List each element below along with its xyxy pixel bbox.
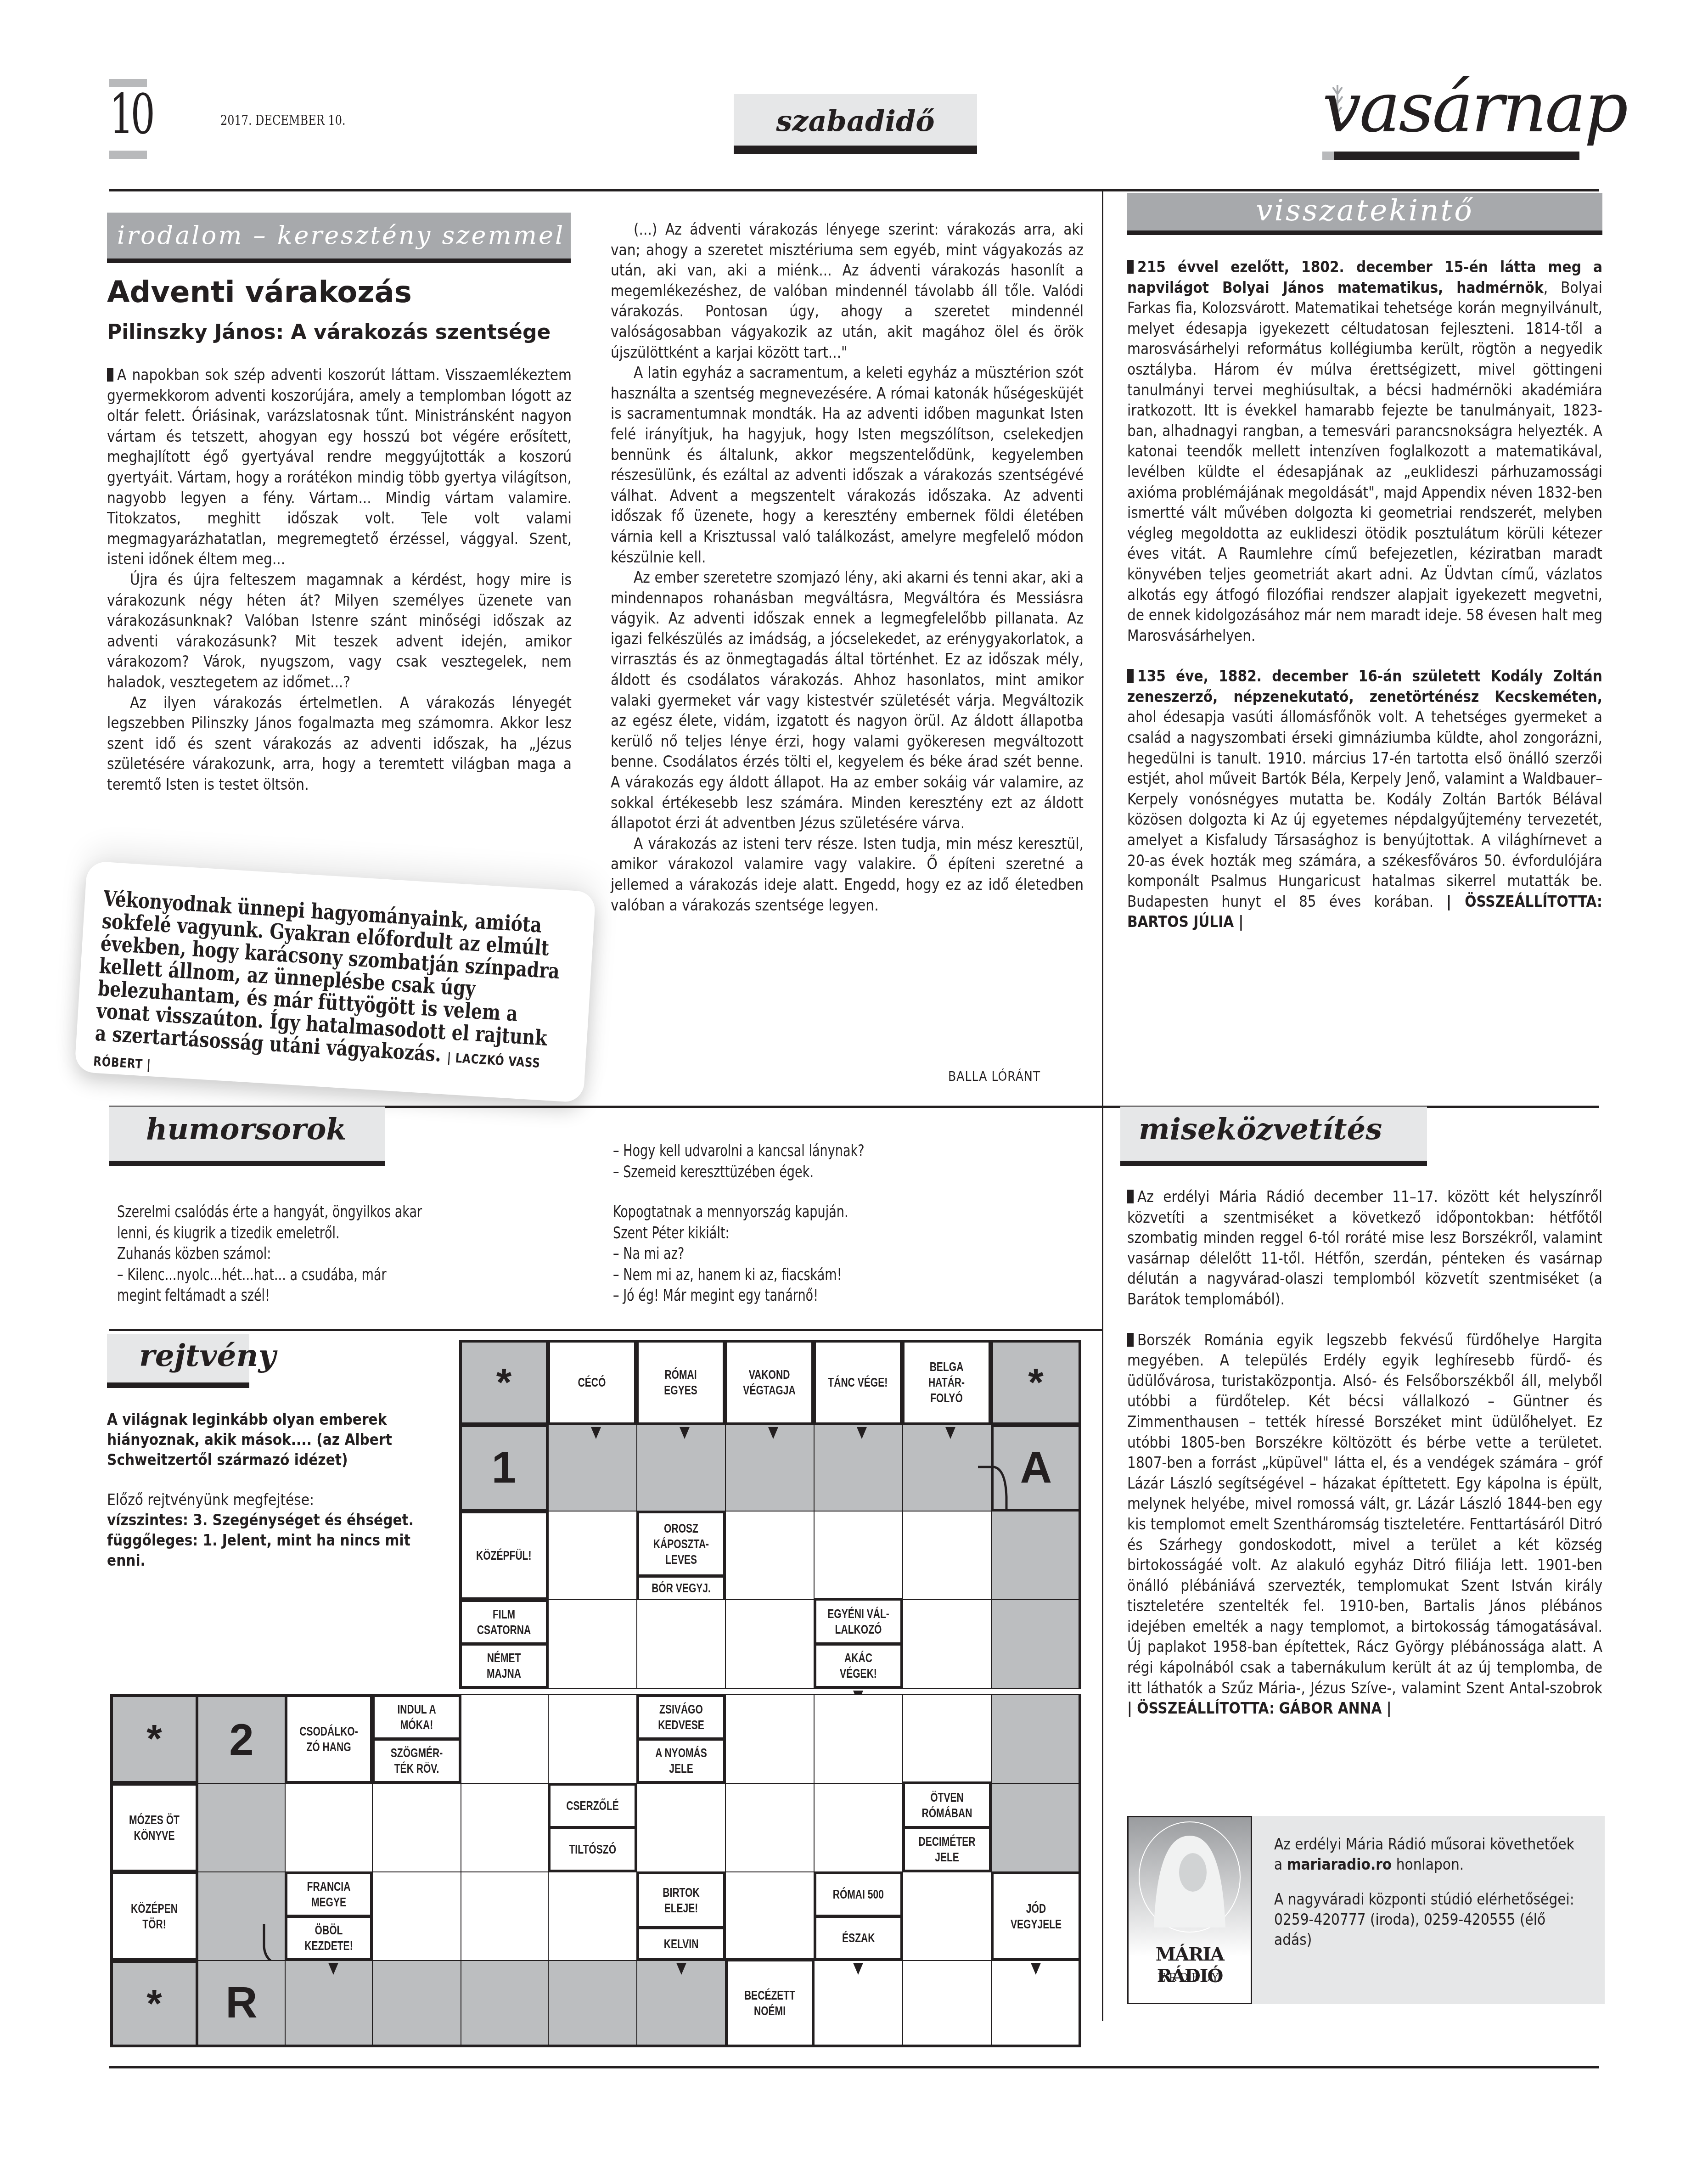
crossword-cell[interactable] bbox=[902, 1871, 992, 1961]
misekozvetites-header: miseközvetítés bbox=[1120, 1107, 1427, 1166]
mariaradio-link[interactable]: mariaradio.ro bbox=[1287, 1855, 1392, 1873]
crossword-cell[interactable] bbox=[902, 1960, 992, 2047]
column-divider bbox=[1102, 189, 1103, 2021]
paragraph-marker bbox=[1127, 1190, 1134, 1203]
crossword-cell[interactable] bbox=[548, 1511, 637, 1600]
kicker-header: irodalom – keresztény szemmel bbox=[107, 213, 571, 263]
paragraph-marker bbox=[1127, 1333, 1134, 1347]
visszatekinto-body: 215 évvel ezelőtt, 1802. december 15-én … bbox=[1127, 257, 1602, 933]
clue-kozepful: KÖZÉPFÜL! bbox=[459, 1511, 549, 1600]
clue-kelvin: KELVIN bbox=[636, 1927, 726, 1961]
clue-otven: ÖTVEN RÓMÁBAN bbox=[902, 1781, 992, 1829]
arrow-down-icon bbox=[857, 1427, 867, 1439]
clue-belga: BELGA HATÁR-FOLYÓ bbox=[902, 1340, 991, 1425]
crossword-cell-marker-1: 1 bbox=[459, 1424, 549, 1512]
rejtveny-header: rejtvény bbox=[107, 1334, 249, 1388]
crossword-cell[interactable] bbox=[461, 1694, 549, 1784]
crossword-cell[interactable] bbox=[548, 1694, 637, 1784]
article-author: BALLA LÓRÁNT bbox=[948, 1069, 1040, 1084]
crossword-cell[interactable] bbox=[372, 1871, 461, 1961]
paragraph-marker bbox=[1127, 669, 1134, 683]
crossword-cell[interactable] bbox=[991, 1511, 1081, 1600]
crossword-cell[interactable] bbox=[285, 1783, 373, 1872]
crossword-cell-star: * bbox=[990, 1340, 1081, 1425]
clue-csodalko: CSODÁLKO-ZÓ HANG bbox=[285, 1694, 373, 1784]
clue-romai-egyes: RÓMAI EGYES bbox=[636, 1340, 725, 1425]
crossword-cell[interactable] bbox=[548, 1871, 637, 1961]
clue-bor: BÓR VEGYJ. bbox=[636, 1575, 726, 1601]
clue-ceco: CÉCÓ bbox=[547, 1340, 637, 1425]
bottom-rule bbox=[109, 2066, 1599, 2068]
humorsorok-header: humorsorok bbox=[109, 1107, 385, 1166]
joke-1: Szerelmi csalódás érte a hangyát, öngyil… bbox=[117, 1202, 429, 1307]
crossword-cell[interactable] bbox=[548, 1599, 637, 1689]
crossword-cell[interactable] bbox=[902, 1599, 992, 1689]
maria-radio-logo: MÁRIA RÁDIÓ ERDÉLY bbox=[1127, 1816, 1252, 2004]
clue-jod: JÓD VEGYJELE bbox=[991, 1871, 1081, 1961]
article-title: Adventi várakozás bbox=[107, 275, 412, 309]
brand-underline bbox=[1322, 152, 1579, 160]
crossword-cell[interactable] bbox=[548, 1960, 637, 2047]
crossword-cell[interactable] bbox=[725, 1783, 815, 1872]
crossword-cell[interactable] bbox=[814, 1694, 903, 1784]
clue-nyomas: A NYOMÁS JELE bbox=[636, 1738, 726, 1784]
clue-szogmer: SZÖGMÉR-TÉK RÖV. bbox=[372, 1738, 461, 1784]
joke-2: – Hogy kell udvarolni a kancsal lánynak?… bbox=[613, 1141, 968, 1183]
pull-quote: Vékonyodnak ünnepi hagyományaink, amióta… bbox=[74, 861, 596, 1103]
clue-kozepen: KÖZÉPEN TÖR! bbox=[110, 1871, 198, 1961]
joke-3: Kopogtatnak a mennyország kapuján.Szent … bbox=[613, 1202, 968, 1307]
page-number-bar-bottom bbox=[109, 151, 147, 159]
puzzle-prompt: A világnak leginkább olyan emberek hiány… bbox=[107, 1410, 438, 1470]
clue-orosz: OROSZ KÁPOSZTA-LEVES bbox=[636, 1511, 726, 1577]
pull-quote-text: Vékonyodnak ünnepi hagyományaink, amióta… bbox=[95, 886, 561, 1066]
clue-nemet: NÉMET MAJNA bbox=[459, 1643, 549, 1689]
radio-text-1: Az erdélyi Mária Rádió műsorai követhető… bbox=[1274, 1834, 1577, 1875]
clue-eszak: ÉSZAK bbox=[814, 1915, 903, 1961]
crossword-cell-marker-R: R bbox=[197, 1960, 286, 2047]
section-name: szabadidő bbox=[776, 104, 934, 138]
crossword-cell[interactable] bbox=[725, 1694, 815, 1784]
brand-underline-accent bbox=[1322, 152, 1334, 160]
crossword-cell[interactable] bbox=[725, 1599, 815, 1689]
arrow-down-icon bbox=[680, 1427, 690, 1439]
previous-solution: Előző rejtvényünk megfejtése: vízszintes… bbox=[107, 1490, 438, 1571]
crossword-cell[interactable] bbox=[902, 1694, 992, 1784]
arrow-down-icon bbox=[945, 1427, 955, 1439]
crossword-cell[interactable] bbox=[991, 1783, 1081, 1872]
radio-text-2: A nagyváradi központi stúdió elérhetőség… bbox=[1274, 1889, 1577, 1950]
arrow-down-icon bbox=[768, 1427, 778, 1439]
crossword-cell[interactable] bbox=[991, 1599, 1081, 1689]
crossword-cell[interactable] bbox=[991, 1694, 1081, 1784]
clue-romai500: RÓMAI 500 bbox=[814, 1871, 903, 1917]
clue-zsivago: ZSIVÁGO KEDVESE bbox=[636, 1694, 726, 1740]
crossword-cell[interactable] bbox=[725, 1871, 815, 1959]
issue-date: 2017. DECEMBER 10. bbox=[220, 112, 346, 129]
clue-mozes: MÓZES ÖT KÖNYVE bbox=[110, 1783, 198, 1872]
arrow-down-icon bbox=[328, 1963, 338, 1975]
crossword-cell[interactable] bbox=[372, 1783, 461, 1872]
clue-tanc: TÁNC VÉGE! bbox=[813, 1340, 903, 1425]
arrow-down-icon bbox=[591, 1427, 601, 1439]
crossword-cell-marker-2: 2 bbox=[197, 1694, 286, 1784]
clue-birtok: BIRTOK ELEJE! bbox=[636, 1871, 726, 1929]
crossword-cell[interactable] bbox=[461, 1783, 549, 1872]
clue-indul: INDUL A MÓKA! bbox=[372, 1694, 461, 1740]
radio-info-box: MÁRIA RÁDIÓ ERDÉLY Az erdélyi Mária Rádi… bbox=[1127, 1816, 1605, 2004]
madonna-icon bbox=[1129, 1817, 1251, 1937]
crossword-cell-star: * bbox=[459, 1340, 549, 1425]
crossword-cell[interactable] bbox=[902, 1511, 992, 1600]
clue-film: FILM CSATORNA bbox=[459, 1599, 549, 1645]
crossword-cell[interactable] bbox=[461, 1960, 549, 2047]
clue-becezett: BECÉZETT NOÉMI bbox=[725, 1959, 815, 2047]
clue-akac: AKÁC VÉGEK! bbox=[814, 1643, 903, 1689]
article-column-2: (...) Az ádventi várakozás lényege szeri… bbox=[611, 219, 1084, 916]
article-subtitle: Pilinszky János: A várakozás szentsége bbox=[107, 320, 551, 344]
crossword-cell[interactable] bbox=[461, 1871, 549, 1961]
crossword-cell[interactable] bbox=[636, 1783, 726, 1872]
visszatekinto-header: visszatekintő bbox=[1127, 193, 1602, 235]
page-number: 10 bbox=[109, 87, 152, 142]
clue-francia: FRANCIA MEGYE bbox=[285, 1871, 373, 1917]
crossword-cell[interactable] bbox=[725, 1511, 815, 1600]
brand-logo: vasárnap bbox=[1322, 73, 1626, 142]
crossword-cell[interactable] bbox=[814, 1511, 903, 1600]
clue-deci: DECIMÉTER JELE bbox=[902, 1826, 992, 1872]
clue-cserzole: CSERZŐLÉ bbox=[548, 1783, 637, 1829]
crossword-cell-star: * bbox=[110, 1960, 198, 2047]
top-rule bbox=[109, 189, 1599, 191]
arrow-down-icon bbox=[676, 1963, 686, 1975]
misekozvetites-body: Az erdélyi Mária Rádió december 11–17. k… bbox=[1127, 1187, 1602, 1719]
arrow-down-icon bbox=[853, 1963, 863, 1975]
article-column-1: A napokban sok szép adventi koszorút lát… bbox=[107, 365, 572, 795]
paragraph-marker bbox=[107, 368, 113, 382]
crossword-cell-star: * bbox=[110, 1694, 198, 1784]
arrow-down-icon bbox=[1031, 1963, 1041, 1975]
crossword-cell[interactable] bbox=[814, 1783, 903, 1872]
crossword-cell[interactable] bbox=[636, 1599, 726, 1689]
paragraph-marker bbox=[1127, 260, 1134, 274]
clue-egyeni: EGYÉNI VÁL-LALKOZÓ bbox=[814, 1598, 903, 1645]
rejtveny-rule bbox=[109, 1329, 1102, 1331]
crossword-cell[interactable] bbox=[372, 1960, 461, 2047]
section-tag: szabadidő bbox=[734, 94, 977, 154]
clue-vakond: VAKOND VÉGTAGJA bbox=[725, 1340, 814, 1425]
crossword-cell[interactable] bbox=[197, 1783, 286, 1872]
clue-tiltoszo: TILTÓSZÓ bbox=[548, 1826, 637, 1872]
